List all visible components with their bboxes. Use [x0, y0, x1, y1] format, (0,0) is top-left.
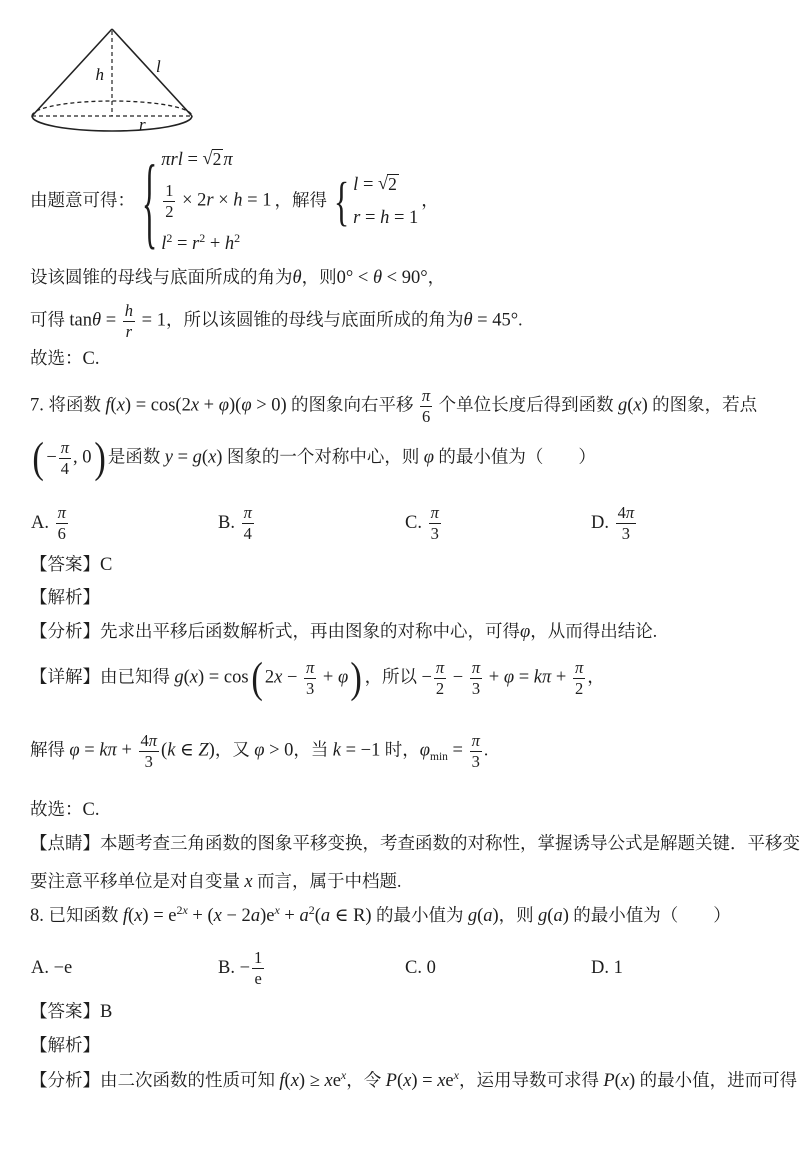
- math-text: =: [448, 740, 468, 760]
- question8-approach-line: 【分析】由二次函数的性质可知 f(x) ≥ xex，令 P(x) = xex，运…: [30, 1068, 797, 1093]
- math-text: − 2: [222, 906, 251, 926]
- fraction: π3: [470, 658, 482, 699]
- question8-option-c: C. 0: [405, 945, 436, 991]
- cases-brace: {: [142, 150, 157, 253]
- text-run: 要注意平移单位是对自变量: [30, 871, 244, 891]
- math-variable: π: [472, 731, 480, 750]
- fraction-denominator: 4: [59, 458, 71, 479]
- math-text: +: [551, 668, 571, 688]
- fraction-numerator: π: [470, 731, 482, 751]
- math-variable: g: [538, 906, 547, 926]
- math-variable: h: [225, 233, 234, 253]
- text-run: 故选：: [30, 799, 83, 819]
- cone-label-h: h: [96, 65, 105, 84]
- fraction: π4: [242, 503, 254, 544]
- cone-label-l: l: [156, 57, 161, 76]
- question8-option-b: B. −1e: [218, 945, 266, 991]
- math-text: +: [484, 668, 504, 688]
- math-variable: r: [206, 190, 213, 210]
- math-variable: φ: [219, 395, 229, 415]
- fraction-denominator: 3: [139, 751, 160, 772]
- question7-approach-line: 【分析】先求出平移后函数解析式，再由图象的对称中心，可得φ，从而得出结论.: [30, 620, 657, 644]
- math-text: 2: [165, 202, 173, 221]
- cone-label-r: r: [139, 115, 146, 134]
- math-variable: Z: [198, 740, 208, 760]
- math-text: 0° <: [337, 268, 373, 288]
- fraction-numerator: π: [429, 503, 441, 523]
- math-text: 3: [472, 679, 480, 698]
- text-run: 【点睛】本题考查三角函数的图象平移变换，考查函数的对称性，掌握诱导公式是解题关键…: [30, 833, 800, 853]
- math-text: =: [80, 740, 100, 760]
- text-run: 的图象，若点: [648, 394, 757, 414]
- question7-option-b: B. π4: [218, 500, 256, 546]
- math-variable: a: [483, 906, 492, 926]
- math-variable: y: [165, 448, 173, 468]
- fraction: 1e: [252, 948, 264, 989]
- cases-system: {l = √2r = h = 1: [332, 173, 418, 230]
- text-run: 个单位长度后得到函数: [434, 394, 618, 414]
- text-run: 【答案】: [30, 1001, 100, 1021]
- fraction: π3: [429, 503, 441, 544]
- cone-base-front-arc: [32, 116, 192, 131]
- math-text: ) ≥: [299, 1071, 325, 1091]
- fraction: π6: [56, 503, 68, 544]
- math-variable: P: [603, 1071, 614, 1091]
- math-variable: π: [61, 438, 69, 457]
- math-variable: P: [386, 1071, 397, 1091]
- fraction-numerator: 1: [252, 948, 264, 968]
- math-variable: π: [575, 658, 583, 677]
- fraction-denominator: 4: [242, 523, 254, 544]
- math-variable: r: [170, 150, 177, 170]
- question7-answer-line: 【答案】C: [30, 553, 112, 577]
- math-text: −: [46, 448, 56, 468]
- math-variable: θ: [463, 310, 472, 330]
- math-text: 6: [422, 407, 430, 426]
- square-root: √2: [203, 149, 224, 169]
- math-text: 3: [306, 679, 314, 698]
- text-run: ，: [587, 667, 605, 687]
- math-text: e: [254, 969, 261, 988]
- big-paren-content: 2x − π3 + φ: [264, 658, 349, 699]
- math-text: )e: [260, 906, 274, 926]
- math-variable: θ: [92, 310, 101, 330]
- math-variable: φ: [254, 740, 264, 760]
- math-variable: π: [108, 740, 117, 760]
- math-variable: x: [324, 1071, 332, 1091]
- math-text: 3: [622, 524, 630, 543]
- math-text: −: [448, 668, 468, 688]
- text-run: 故选：: [30, 348, 83, 368]
- math-text: =: [101, 310, 121, 330]
- fraction: π3: [304, 658, 316, 699]
- text-run: 已知函数: [49, 905, 123, 925]
- math-text: 8.: [30, 906, 49, 926]
- math-variable: k: [534, 668, 542, 688]
- text-run: 【解析】: [30, 587, 100, 607]
- question8-stem-line: 8. 已知函数 f(x) = e2x + (x − 2a)ex + a2(a ∈…: [30, 903, 731, 928]
- math-variable: a: [321, 906, 330, 926]
- fraction-denominator: 3: [470, 751, 482, 772]
- question7-option-c: C. π3: [405, 500, 443, 546]
- math-text: = 1: [389, 208, 418, 228]
- math-variable: g: [174, 668, 183, 688]
- radicand: 2: [387, 174, 399, 193]
- math-variable: x: [244, 872, 252, 892]
- math-text: e: [333, 1071, 341, 1091]
- big-paren-content: −π4, 0: [45, 438, 92, 479]
- math-text: C.: [83, 349, 100, 369]
- math-variable: x: [291, 1071, 299, 1091]
- cases-column: l = √2r = h = 1: [353, 173, 418, 230]
- fraction: 12: [163, 181, 175, 222]
- math-text: ∈ R): [330, 906, 371, 926]
- math-variable: θ: [293, 268, 302, 288]
- question7-detail-line: 【详解】由已知得 g(x) = cos(2x − π3 + φ)，所以 −π2 …: [30, 657, 605, 700]
- fraction: hr: [123, 301, 135, 342]
- math-variable: x: [117, 395, 125, 415]
- math-text: ×: [214, 190, 234, 210]
- math-text: , 0: [73, 448, 92, 468]
- math-text: =: [358, 175, 378, 195]
- question8-analysis-header: 【解析】: [30, 1034, 100, 1057]
- math-text: +: [199, 395, 219, 415]
- text-run: 的最小值为（ ）: [434, 447, 596, 467]
- question7-note-line1: 【点睛】本题考查三角函数的图象平移变换，考查函数的对称性，掌握诱导公式是解题关键…: [30, 832, 800, 855]
- question7-stem-line1: 7. 将函数 f(x) = cos(2x + φ)(φ > 0) 的图象向右平移…: [30, 386, 757, 427]
- math-variable: φ: [69, 740, 79, 760]
- text-run: ，解得: [274, 190, 327, 210]
- solution6-system-paragraph: 由题意可得：{πrl = √2π12 × 2r × h = 1l2 = r2 +…: [30, 148, 439, 256]
- math-text: =: [183, 150, 203, 170]
- text-run: 设该圆锥的母线与底面所成的角为: [30, 267, 293, 287]
- text-run: 的最小值为: [372, 905, 468, 925]
- fraction-denominator: 3: [616, 523, 637, 544]
- fraction-numerator: π: [470, 658, 482, 678]
- cases-row: πrl = √2π: [161, 148, 232, 172]
- fraction-numerator: π: [420, 386, 432, 406]
- math-text: −: [282, 668, 302, 688]
- math-variable: φ: [504, 668, 514, 688]
- math-text: = 1: [137, 310, 166, 330]
- cases-system: {πrl = √2π12 × 2r × h = 1l2 = r2 + h2: [140, 148, 271, 256]
- math-text: 3: [145, 752, 153, 771]
- math-text: B: [100, 1002, 112, 1022]
- math-variable: π: [436, 658, 444, 677]
- math-text: = 45°: [473, 310, 519, 330]
- cases-row: 12 × 2r × h = 1: [161, 181, 271, 222]
- math-variable: g: [468, 906, 477, 926]
- text-run: 【分析】由二次函数的性质可知: [30, 1070, 279, 1090]
- cases-column: πrl = √2π12 × 2r × h = 1l2 = r2 + h2: [161, 148, 271, 256]
- question8-option-d: D. 1: [591, 945, 623, 991]
- text-run: .: [518, 309, 522, 329]
- fraction-denominator: 2: [163, 201, 175, 222]
- math-variable: θ: [373, 268, 382, 288]
- math-text: 1: [165, 181, 173, 200]
- math-text: 2: [213, 149, 222, 169]
- text-run: 将函数: [49, 394, 106, 414]
- math-text: C.: [405, 513, 427, 534]
- text-run: 是函数: [108, 447, 165, 467]
- math-text: D.: [591, 513, 614, 534]
- big-paren-glyph: (: [32, 437, 43, 480]
- math-variable: π: [431, 503, 439, 522]
- radicand: 2: [212, 149, 224, 168]
- superscript: 2: [234, 231, 240, 245]
- math-variable: k: [99, 740, 107, 760]
- math-text: 3: [472, 752, 480, 771]
- question7-options-row: A. π6 B. π4 C. π3 D. 4π3: [31, 500, 776, 546]
- cone-figure: h l r: [20, 14, 205, 146]
- fraction-denominator: r: [123, 321, 135, 342]
- cases-row: r = h = 1: [353, 206, 418, 230]
- math-text: tan: [69, 310, 92, 330]
- text-run: 【答案】: [30, 554, 100, 574]
- text-run: ，又: [215, 739, 254, 759]
- text-run: 可得: [30, 309, 69, 329]
- fraction-numerator: 1: [163, 181, 175, 201]
- fraction-numerator: π: [304, 658, 316, 678]
- math-text: 6: [58, 524, 66, 543]
- math-text: A. −e: [31, 958, 72, 979]
- fraction-numerator: π: [56, 503, 68, 523]
- math-text: 2: [234, 231, 240, 245]
- subscript: min: [430, 751, 448, 763]
- math-text: ) = e: [142, 906, 176, 926]
- radical-sign: √: [203, 148, 212, 168]
- text-run: ，则: [499, 905, 538, 925]
- math-text: +: [318, 668, 338, 688]
- question8-options-row: A. −e B. −1e C. 0 D. 1: [31, 945, 776, 991]
- math-variable: a: [299, 906, 308, 926]
- math-text: < 90°: [382, 268, 428, 288]
- fraction-denominator: 2: [573, 678, 585, 699]
- math-variable: π: [149, 731, 157, 750]
- question7-solve-line: 解得 φ = kπ + 4π3(k ∈ Z)，又 φ > 0，当 k = −1 …: [30, 731, 488, 772]
- math-text: ) = cos(2: [125, 395, 191, 415]
- big-paren-glyph: ): [351, 657, 362, 700]
- math-text: =: [172, 233, 192, 253]
- math-text: min: [430, 751, 448, 763]
- math-variable: π: [472, 658, 480, 677]
- math-text: = −1: [341, 740, 380, 760]
- math-text: > 0: [264, 740, 293, 760]
- fraction-numerator: π: [434, 658, 446, 678]
- math-text: 2: [388, 174, 397, 194]
- math-variable: r: [126, 322, 132, 341]
- fraction-denominator: 3: [429, 523, 441, 544]
- math-variable: π: [306, 658, 314, 677]
- math-text: C.: [83, 800, 100, 820]
- text-run: 图象的一个对称中心，则: [222, 447, 423, 467]
- fraction: π3: [470, 731, 482, 772]
- fraction-numerator: h: [123, 301, 135, 321]
- math-text: > 0): [252, 395, 287, 415]
- fraction-denominator: 2: [434, 678, 446, 699]
- math-text: −: [421, 668, 431, 688]
- math-text: 7.: [30, 395, 49, 415]
- math-text: ) = cos: [198, 668, 249, 688]
- math-variable: a: [251, 906, 260, 926]
- math-variable: π: [223, 150, 232, 170]
- math-variable: π: [422, 386, 430, 405]
- math-text: 2: [575, 679, 583, 698]
- math-variable: φ: [420, 740, 430, 760]
- text-run: 时，: [380, 739, 419, 759]
- math-text: 4: [61, 459, 69, 478]
- text-run: 【解析】: [30, 1035, 100, 1055]
- math-variable: φ: [241, 395, 251, 415]
- text-run: 的最小值为（ ）: [569, 905, 731, 925]
- solution6-angle-paragraph: 设该圆锥的母线与底面所成的角为θ，则0° < θ < 90°，: [30, 266, 445, 290]
- text-run: ，: [421, 190, 439, 210]
- math-text: +: [280, 906, 300, 926]
- text-run: ，运用导数可求得: [459, 1070, 603, 1090]
- text-run: 【分析】先求出平移后函数解析式，再由图象的对称中心，可得: [30, 621, 520, 641]
- cases-row: l2 = r2 + h2: [161, 231, 240, 256]
- solution6-answer-choice: 故选：C.: [30, 347, 99, 371]
- math-variable: x: [190, 668, 198, 688]
- math-text: ∈: [175, 740, 198, 760]
- math-variable: g: [193, 448, 202, 468]
- cases-brace: {: [334, 175, 349, 229]
- math-text: ) =: [411, 1071, 437, 1091]
- math-text: D. 1: [591, 958, 623, 979]
- big-paren-glyph: (: [251, 657, 262, 700]
- math-variable: π: [244, 503, 252, 522]
- math-text: B. −: [218, 958, 250, 979]
- text-run: 的最小值，进而可得: [635, 1070, 797, 1090]
- math-text: +: [205, 233, 225, 253]
- question7-stem-line2: (−π4, 0)是函数 y = g(x) 图象的一个对称中心，则 φ 的最小值为…: [30, 437, 596, 480]
- math-text: =: [360, 208, 380, 228]
- math-text: 1: [254, 948, 262, 967]
- text-run: 解得: [30, 739, 69, 759]
- math-variable: π: [542, 668, 551, 688]
- math-text: = 1: [243, 190, 272, 210]
- question7-note-line2: 要注意平移单位是对自变量 x 而言，属于中档题.: [30, 870, 401, 894]
- math-variable: h: [380, 208, 389, 228]
- math-text: 3: [431, 524, 439, 543]
- fraction: π6: [420, 386, 432, 427]
- text-run: ，: [428, 267, 446, 287]
- question7-answer-choice: 故选：C.: [30, 798, 99, 822]
- math-text: =: [173, 448, 193, 468]
- math-variable: h: [125, 301, 133, 320]
- radical-sign: √: [378, 173, 387, 193]
- text-run: ，则: [302, 267, 337, 287]
- text-run: 【详解】由已知得: [30, 667, 174, 687]
- fraction: π4: [59, 438, 71, 479]
- text-run: .: [484, 739, 488, 759]
- math-text: C: [100, 555, 112, 575]
- math-text: 4: [618, 503, 626, 522]
- fraction-numerator: π: [573, 658, 585, 678]
- math-variable: x: [633, 395, 641, 415]
- big-paren-glyph: ): [94, 437, 105, 480]
- math-text: A.: [31, 513, 54, 534]
- math-variable: k: [333, 740, 341, 760]
- text-run: 的图象向右平移: [287, 394, 418, 414]
- fraction: π2: [434, 658, 446, 699]
- fraction-denominator: 6: [56, 523, 68, 544]
- math-text: +: [117, 740, 137, 760]
- text-run: ，令: [346, 1070, 385, 1090]
- math-variable: g: [618, 395, 627, 415]
- text-run: ，当: [293, 739, 332, 759]
- math-text: C. 0: [405, 958, 436, 979]
- math-variable: π: [626, 503, 634, 522]
- fraction: 4π3: [616, 503, 637, 544]
- fraction-denominator: 3: [304, 678, 316, 699]
- cone-side-right: [112, 29, 192, 116]
- text-run: ，所以该圆锥的母线与底面所成的角为: [166, 309, 464, 329]
- text-run: 由题意可得：: [30, 190, 135, 210]
- math-variable: φ: [424, 448, 434, 468]
- question8-answer-line: 【答案】B: [30, 1000, 112, 1024]
- math-variable: φ: [520, 622, 530, 642]
- fraction: 4π3: [139, 731, 160, 772]
- question7-analysis-header: 【解析】: [30, 586, 100, 609]
- math-variable: φ: [338, 668, 348, 688]
- math-text: × 2: [177, 190, 206, 210]
- text-run: ，所以: [365, 667, 422, 687]
- text-run: ，从而得出结论.: [530, 621, 657, 641]
- math-text: + (: [188, 906, 214, 926]
- fraction-numerator: π: [242, 503, 254, 523]
- question7-option-a: A. π6: [31, 500, 70, 546]
- question7-option-d: D. 4π3: [591, 500, 638, 546]
- math-text: )(: [229, 395, 241, 415]
- math-variable: x: [191, 395, 199, 415]
- square-root: √2: [378, 174, 399, 194]
- math-variable: π: [58, 503, 66, 522]
- fraction-numerator: π: [59, 438, 71, 458]
- math-text: 4: [244, 524, 252, 543]
- big-paren-group: (−π4, 0): [31, 437, 107, 480]
- text-run: 而言，属于中档题.: [253, 871, 402, 891]
- math-variable: a: [553, 906, 562, 926]
- math-text: 2: [265, 668, 274, 688]
- fraction-numerator: 4π: [139, 731, 160, 751]
- math-text: e: [445, 1071, 453, 1091]
- cases-row: l = √2: [353, 173, 399, 197]
- superscript: 2x: [176, 903, 187, 917]
- math-text: 2: [436, 679, 444, 698]
- fraction-denominator: 6: [420, 406, 432, 427]
- solution6-tangent-paragraph: 可得 tanθ = hr = 1，所以该圆锥的母线与底面所成的角为θ = 45°…: [30, 301, 523, 342]
- question8-option-a: A. −e: [31, 945, 72, 991]
- math-text: 4: [141, 731, 149, 750]
- math-variable: x: [214, 906, 222, 926]
- big-paren-group: (2x − π3 + φ): [250, 657, 364, 700]
- fraction-numerator: 4π: [616, 503, 637, 523]
- math-variable: h: [233, 190, 242, 210]
- math-text: B.: [218, 513, 240, 534]
- fraction: π2: [573, 658, 585, 699]
- fraction-denominator: 3: [470, 678, 482, 699]
- fraction-denominator: e: [252, 968, 264, 989]
- math-text: =: [514, 668, 534, 688]
- math-variable: x: [621, 1071, 629, 1091]
